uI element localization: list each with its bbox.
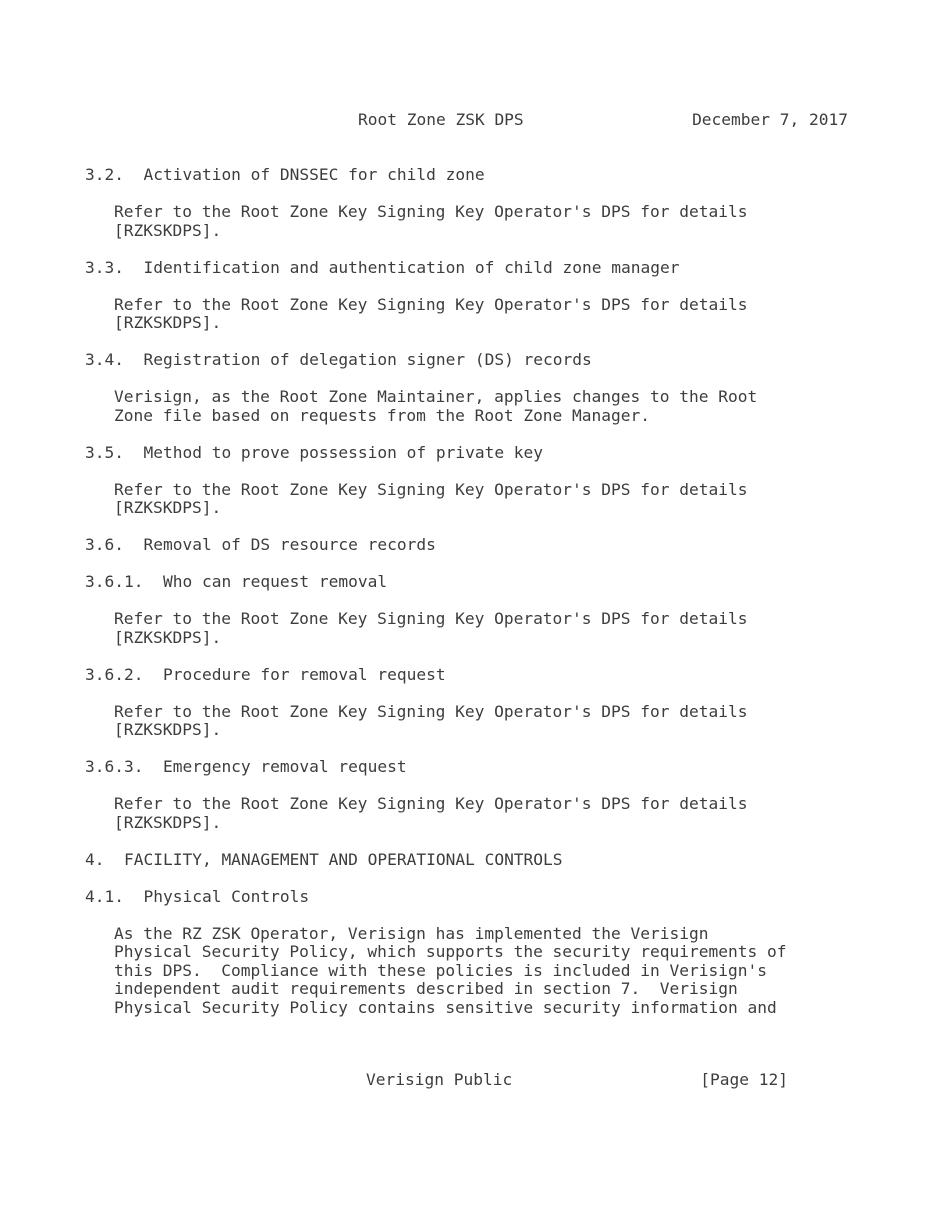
header-title: Root Zone ZSK DPS — [358, 111, 524, 130]
footer-page-number: [Page 12] — [700, 1071, 788, 1090]
section-heading: 3.6.1. Who can request removal — [85, 573, 895, 592]
section-4: 4. FACILITY, MANAGEMENT AND OPERATIONAL … — [85, 851, 895, 870]
section-heading: 3.3. Identification and authentication o… — [85, 259, 895, 278]
section-3-5: 3.5. Method to prove possession of priva… — [85, 444, 895, 518]
paragraph: Refer to the Root Zone Key Signing Key O… — [85, 795, 895, 832]
section-3-6-2: 3.6.2. Procedure for removal request Ref… — [85, 666, 895, 740]
section-3-6: 3.6. Removal of DS resource records — [85, 536, 895, 555]
section-heading: 3.6.2. Procedure for removal request — [85, 666, 895, 685]
paragraph: Refer to the Root Zone Key Signing Key O… — [85, 296, 895, 333]
section-3-2: 3.2. Activation of DNSSEC for child zone… — [85, 166, 895, 240]
section-3-6-1: 3.6.1. Who can request removal Refer to … — [85, 573, 895, 647]
footer-classification: Verisign Public — [366, 1071, 512, 1090]
section-heading: 3.6. Removal of DS resource records — [85, 536, 895, 555]
document-page: Root Zone ZSK DPS December 7, 2017 3.2. … — [0, 0, 950, 1230]
section-3-6-3: 3.6.3. Emergency removal request Refer t… — [85, 758, 895, 832]
section-heading: 4. FACILITY, MANAGEMENT AND OPERATIONAL … — [85, 851, 895, 870]
section-heading: 3.6.3. Emergency removal request — [85, 758, 895, 777]
section-heading: 3.2. Activation of DNSSEC for child zone — [85, 166, 895, 185]
section-heading: 3.4. Registration of delegation signer (… — [85, 351, 895, 370]
paragraph: Verisign, as the Root Zone Maintainer, a… — [85, 388, 895, 425]
document-body: 3.2. Activation of DNSSEC for child zone… — [85, 166, 895, 1036]
page-footer: Verisign Public [Page 12] — [0, 1071, 950, 1090]
section-3-3: 3.3. Identification and authentication o… — [85, 259, 895, 333]
paragraph: Refer to the Root Zone Key Signing Key O… — [85, 481, 895, 518]
header-date: December 7, 2017 — [692, 111, 848, 130]
paragraph: Refer to the Root Zone Key Signing Key O… — [85, 203, 895, 240]
section-heading: 4.1. Physical Controls — [85, 888, 895, 907]
paragraph: As the RZ ZSK Operator, Verisign has imp… — [85, 925, 895, 1018]
paragraph: Refer to the Root Zone Key Signing Key O… — [85, 610, 895, 647]
section-3-4: 3.4. Registration of delegation signer (… — [85, 351, 895, 425]
section-4-1: 4.1. Physical Controls As the RZ ZSK Ope… — [85, 888, 895, 1018]
page-header: Root Zone ZSK DPS December 7, 2017 — [0, 111, 950, 130]
section-heading: 3.5. Method to prove possession of priva… — [85, 444, 895, 463]
paragraph: Refer to the Root Zone Key Signing Key O… — [85, 703, 895, 740]
